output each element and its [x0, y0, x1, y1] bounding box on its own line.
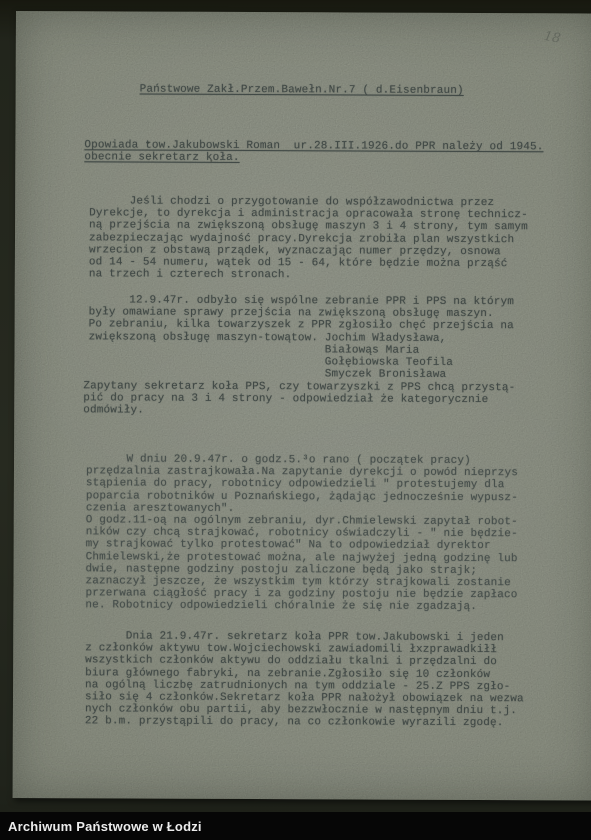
archive-name: Archiwum Państwowe w Łodzi [8, 819, 202, 834]
paragraph-pps-refusal: Zapytany sekretarz koła PPS, czy towarzy… [83, 380, 563, 419]
paragraph-meeting-12-9-47: 12.9.47r. odbyło się wspólne zebranie PP… [88, 294, 568, 382]
document-title: Państwowe Zakł.Przem.Bawełn.Nr.7 ( d.Eis… [140, 84, 464, 98]
photo-backdrop: 18 Państwowe Zakł.Przem.Bawełn.Nr.7 ( d.… [0, 0, 591, 840]
paragraph-21-9-47: Dnia 21.9.47r. sekretarz koła PPR tow.Ja… [85, 630, 567, 730]
archive-watermark-bar: Archiwum Państwowe w Łodzi [0, 812, 591, 840]
page-number-annotation: 18 [543, 29, 562, 47]
document-page: 18 Państwowe Zakł.Przem.Bawełn.Nr.7 ( d.… [13, 11, 591, 801]
document-intro: Opowiada tow.Jakubowski Roman ur.28.III.… [84, 139, 564, 166]
paragraph-strike-20-9-47: W dniu 20.9.47r. o godz.5.³o rano ( pocz… [85, 453, 568, 614]
paragraph-preparation: Jeśli chodzi o przygotowanie do współzaw… [89, 195, 569, 283]
